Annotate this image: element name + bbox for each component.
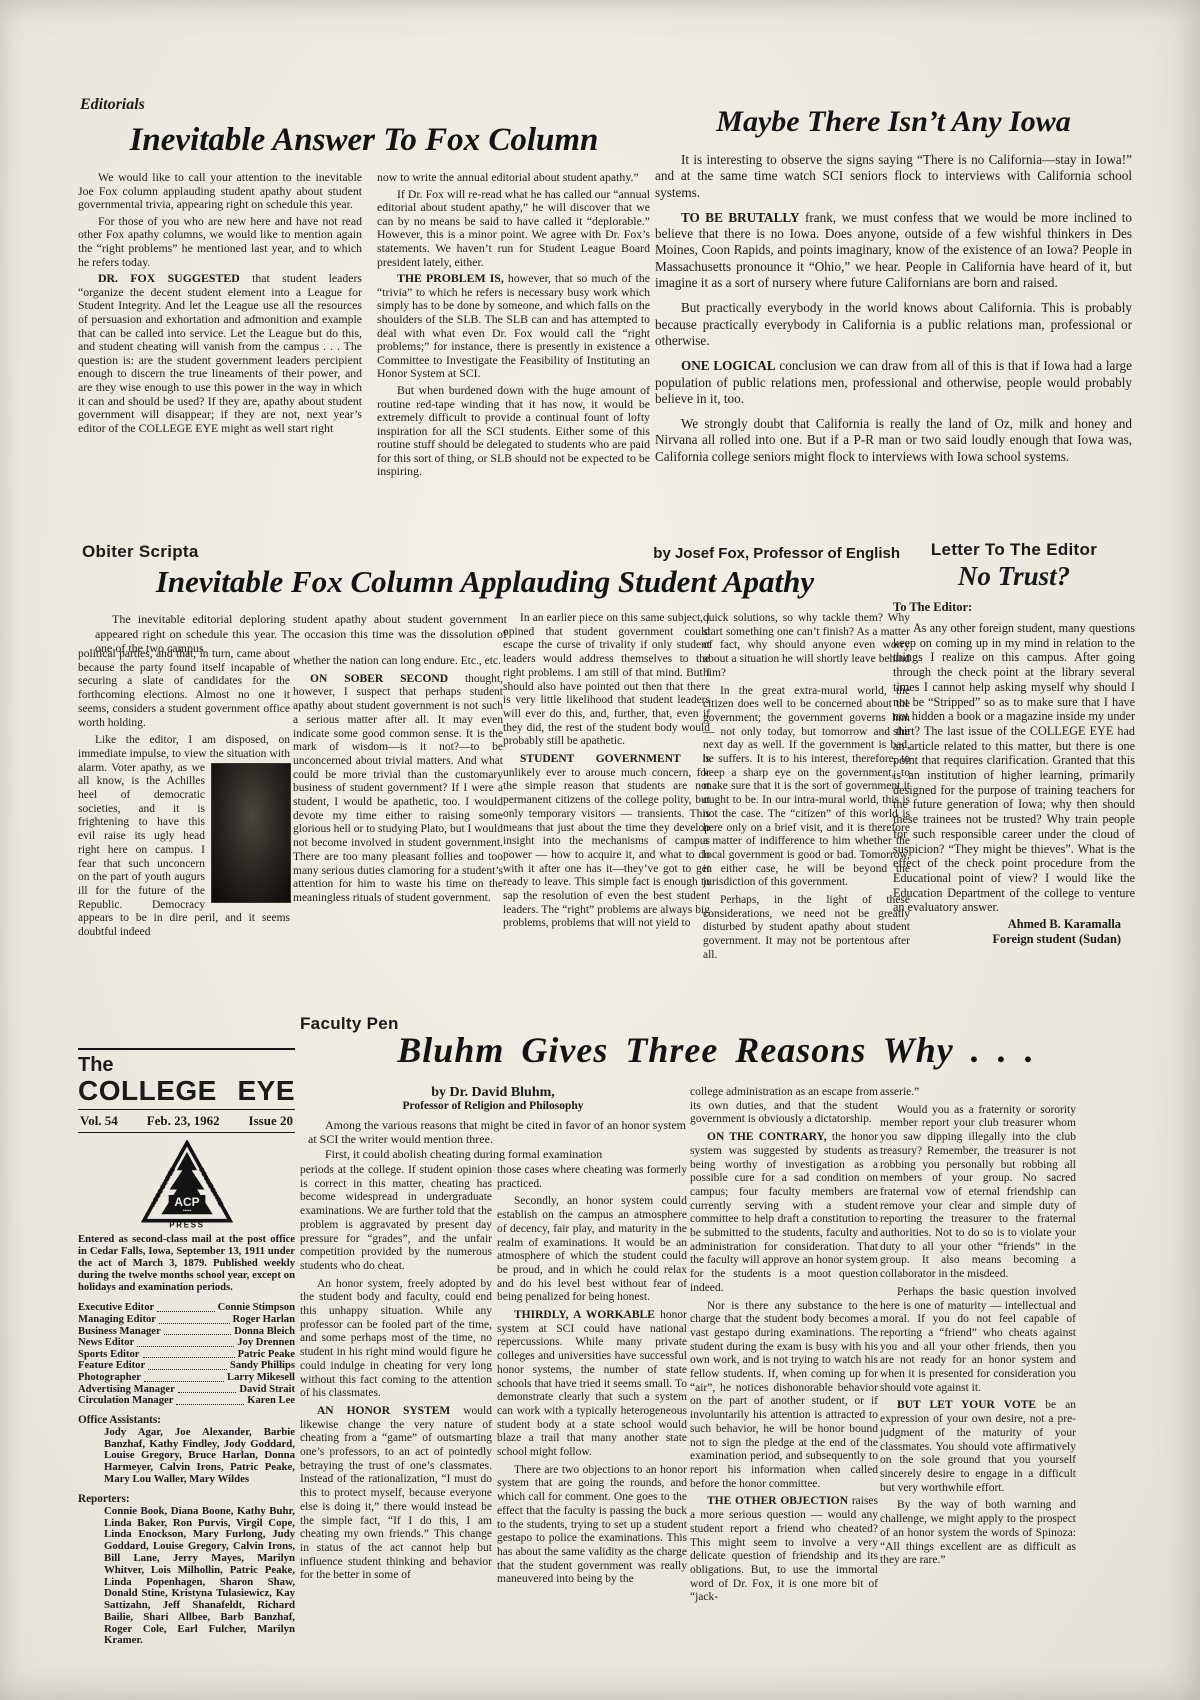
bluhm-column-2: those cases where cheating was formerly … — [497, 1164, 687, 1591]
paragraph: THE PROBLEM IS, however, that so much of… — [377, 272, 650, 381]
office-assistants-label: Office Assistants: — [78, 1414, 295, 1426]
paragraph: Nor is there any substance to the charge… — [690, 1300, 878, 1492]
bluhm-column-4: asserie.” Would you as a fraternity or s… — [880, 1086, 1076, 1572]
paragraph: If Dr. Fox will re-read what he has call… — [377, 188, 650, 270]
office-assistants-names: Jody Agar, Joe Alexander, Barbie Banzhaf… — [78, 1427, 295, 1486]
bluhm-intro: Among the various reasons that might be … — [308, 1118, 686, 1161]
staff-row: Feature EditorSandy Phillips — [78, 1360, 295, 1372]
acp-logo: ACP ••••• PRESS ASSOCIATED COLLEGIATE — [78, 1140, 295, 1228]
fox-column-3: In an earlier piece on this same subject… — [503, 612, 710, 935]
paragraph: TO BE BRUTALLY frank, we must confess th… — [655, 210, 1132, 291]
svg-text:ACP: ACP — [174, 1195, 199, 1209]
volume-line: Vol. 54 Feb. 23, 1962 Issue 20 — [78, 1110, 295, 1132]
staff-row: Business ManagerDonna Bleich — [78, 1326, 295, 1338]
paragraph: college administration as an escape from… — [690, 1086, 878, 1127]
paragraph: Secondly, an honor system could establis… — [497, 1195, 687, 1305]
paragraph: Like the editor, I am disposed, on immed… — [78, 734, 290, 940]
svg-text:•••••: ••••• — [182, 1208, 190, 1213]
staff-row: Executive EditorConnie Stimpson — [78, 1302, 295, 1314]
staff-row: News EditorJoy Drennen — [78, 1337, 295, 1349]
paragraph: By the way of both warning and challenge… — [880, 1499, 1076, 1568]
bluhm-column-3: college administration as an escape from… — [690, 1086, 878, 1609]
paragraph: ONE LOGICAL conclusion we can draw from … — [655, 358, 1132, 407]
letter-kicker: Letter To The Editor — [893, 540, 1135, 560]
paragraph: STUDENT GOVERNMENT is unlikely ever to a… — [503, 753, 710, 931]
masthead-the: The — [78, 1055, 295, 1075]
issue-number: Issue 20 — [249, 1113, 293, 1129]
paragraph: First, it could abolish cheating during … — [308, 1147, 686, 1161]
answer-headline: Inevitable Answer To Fox Column — [78, 123, 650, 158]
paragraph: Would you as a fraternity or sorority me… — [880, 1104, 1076, 1282]
paragraph: For those of you who are new here and ha… — [78, 215, 362, 269]
paragraph: political parties, and that, in turn, ca… — [78, 648, 290, 730]
letter-headline: No Trust? — [893, 563, 1135, 590]
faculty-pen-kicker: Faculty Pen — [300, 1014, 399, 1034]
letter-body: As any other foreign student, many quest… — [893, 621, 1135, 915]
paragraph: There are two objections to an honor sys… — [497, 1464, 687, 1587]
bluhm-byline: by Dr. David Bluhm, Professor of Religio… — [300, 1085, 686, 1114]
staff-row: Circulation ManagerKaren Lee — [78, 1395, 295, 1407]
paragraph: quick solutions, so why tackle them? Why… — [703, 612, 910, 681]
staff-row: Sports EditorPatric Peake — [78, 1349, 295, 1361]
paragraph: ON THE CONTRARY, the honor system was su… — [690, 1131, 878, 1295]
paragraph: But when burdened down with the huge amo… — [377, 384, 650, 479]
paragraph: Perhaps, in the light of these considera… — [703, 894, 910, 963]
staff-row: Managing EditorRoger Harlan — [78, 1314, 295, 1326]
reporters-label: Reporters: — [78, 1493, 295, 1505]
paragraph: THIRDLY, A WORKABLE honor system at SCI … — [497, 1309, 687, 1460]
masthead-title: COLLEGE EYE — [78, 1076, 295, 1105]
paragraph: It is interesting to observe the signs s… — [655, 152, 1132, 201]
bluhm-byline-title: Professor of Religion and Philosophy — [300, 1100, 686, 1114]
paragraph: But practically everybody in the world k… — [655, 300, 1132, 349]
paragraph: whether the nation can long endure. Etc.… — [293, 655, 503, 669]
paragraph: those cases where cheating was formerly … — [497, 1164, 687, 1191]
paragraph: asserie.” — [880, 1086, 1076, 1100]
editorials-kicker: Editorials — [80, 96, 145, 114]
staff-row: Advertising ManagerDavid Strait — [78, 1384, 295, 1396]
reporters-names: Connie Book, Diana Boone, Kathy Buhr, Li… — [78, 1506, 295, 1648]
josef-fox-photo — [212, 764, 290, 902]
staff-row: PhotographerLarry Mikesell — [78, 1372, 295, 1384]
bluhm-column-1: periods at the college. If student opini… — [300, 1164, 492, 1587]
iowa-body: It is interesting to observe the signs s… — [655, 152, 1132, 474]
fox-byline: by Josef Fox, Professor of English — [500, 545, 900, 562]
masthead-rule-top — [78, 1048, 295, 1050]
paragraph: now to write the annual editorial about … — [377, 171, 650, 185]
paragraph: In the great extra-mural world, the citi… — [703, 685, 910, 891]
letter-to-editor: Letter To The Editor No Trust? To The Ed… — [893, 540, 1135, 947]
bluhm-byline-name: by Dr. David Bluhm, — [300, 1085, 686, 1100]
paragraph: We would like to call your attention to … — [78, 171, 362, 212]
answer-column-2: now to write the annual editorial about … — [377, 171, 650, 482]
paragraph: Among the various reasons that might be … — [308, 1118, 686, 1147]
paragraph: As any other foreign student, many quest… — [893, 621, 1135, 915]
paragraph: AN HONOR SYSTEM would likewise change th… — [300, 1405, 492, 1583]
fox-column-4: quick solutions, so why tackle them? Why… — [703, 612, 910, 967]
paragraph: ON SOBER SECOND thought, however, I susp… — [293, 673, 503, 906]
svg-text:PRESS: PRESS — [169, 1221, 205, 1228]
paragraph: We strongly doubt that California is rea… — [655, 416, 1132, 465]
acp-press-logo-icon: ACP ••••• PRESS ASSOCIATED COLLEGIATE — [141, 1140, 233, 1228]
obiter-scripta-kicker: Obiter Scripta — [82, 542, 199, 562]
fox-column-2: whether the nation can long endure. Etc.… — [293, 655, 503, 910]
answer-column-1: We would like to call your attention to … — [78, 171, 362, 438]
paragraph: THE OTHER OBJECTION raises a more seriou… — [690, 1495, 878, 1605]
fox-column-1: political parties, and that, in turn, ca… — [78, 648, 290, 944]
volume: Vol. 54 — [80, 1113, 118, 1129]
iowa-headline: Maybe There Isn’t Any Iowa — [655, 106, 1132, 138]
paragraph: periods at the college. If student opini… — [300, 1164, 492, 1274]
letter-signature: Ahmed B. Karamalla — [893, 917, 1135, 932]
fox-headline: Inevitable Fox Column Applauding Student… — [85, 566, 885, 599]
paragraph: DR. FOX SUGGESTED that student leaders “… — [78, 272, 362, 435]
letter-signature-role: Foreign student (Sudan) — [893, 932, 1135, 947]
bluhm-headline: Bluhm Gives Three Reasons Why . . . — [300, 1032, 1132, 1070]
entered-notice: Entered as second-class mail at the post… — [78, 1234, 295, 1294]
staff-list: Executive EditorConnie Stimpson Managing… — [78, 1302, 295, 1406]
paragraph: In an earlier piece on this same subject… — [503, 612, 710, 749]
letter-salutation: To The Editor: — [893, 600, 1135, 615]
paragraph: An honor system, freely adopted by the s… — [300, 1278, 492, 1401]
paragraph: Perhaps the basic question involved here… — [880, 1286, 1076, 1396]
masthead: The COLLEGE EYE Vol. 54 Feb. 23, 1962 Is… — [78, 1048, 295, 1647]
newspaper-editorial-page: Editorials Inevitable Answer To Fox Colu… — [0, 0, 1200, 1700]
paragraph: BUT LET YOUR VOTE be an expression of yo… — [880, 1399, 1076, 1495]
masthead-rule — [78, 1132, 295, 1133]
issue-date: Feb. 23, 1962 — [147, 1113, 220, 1129]
